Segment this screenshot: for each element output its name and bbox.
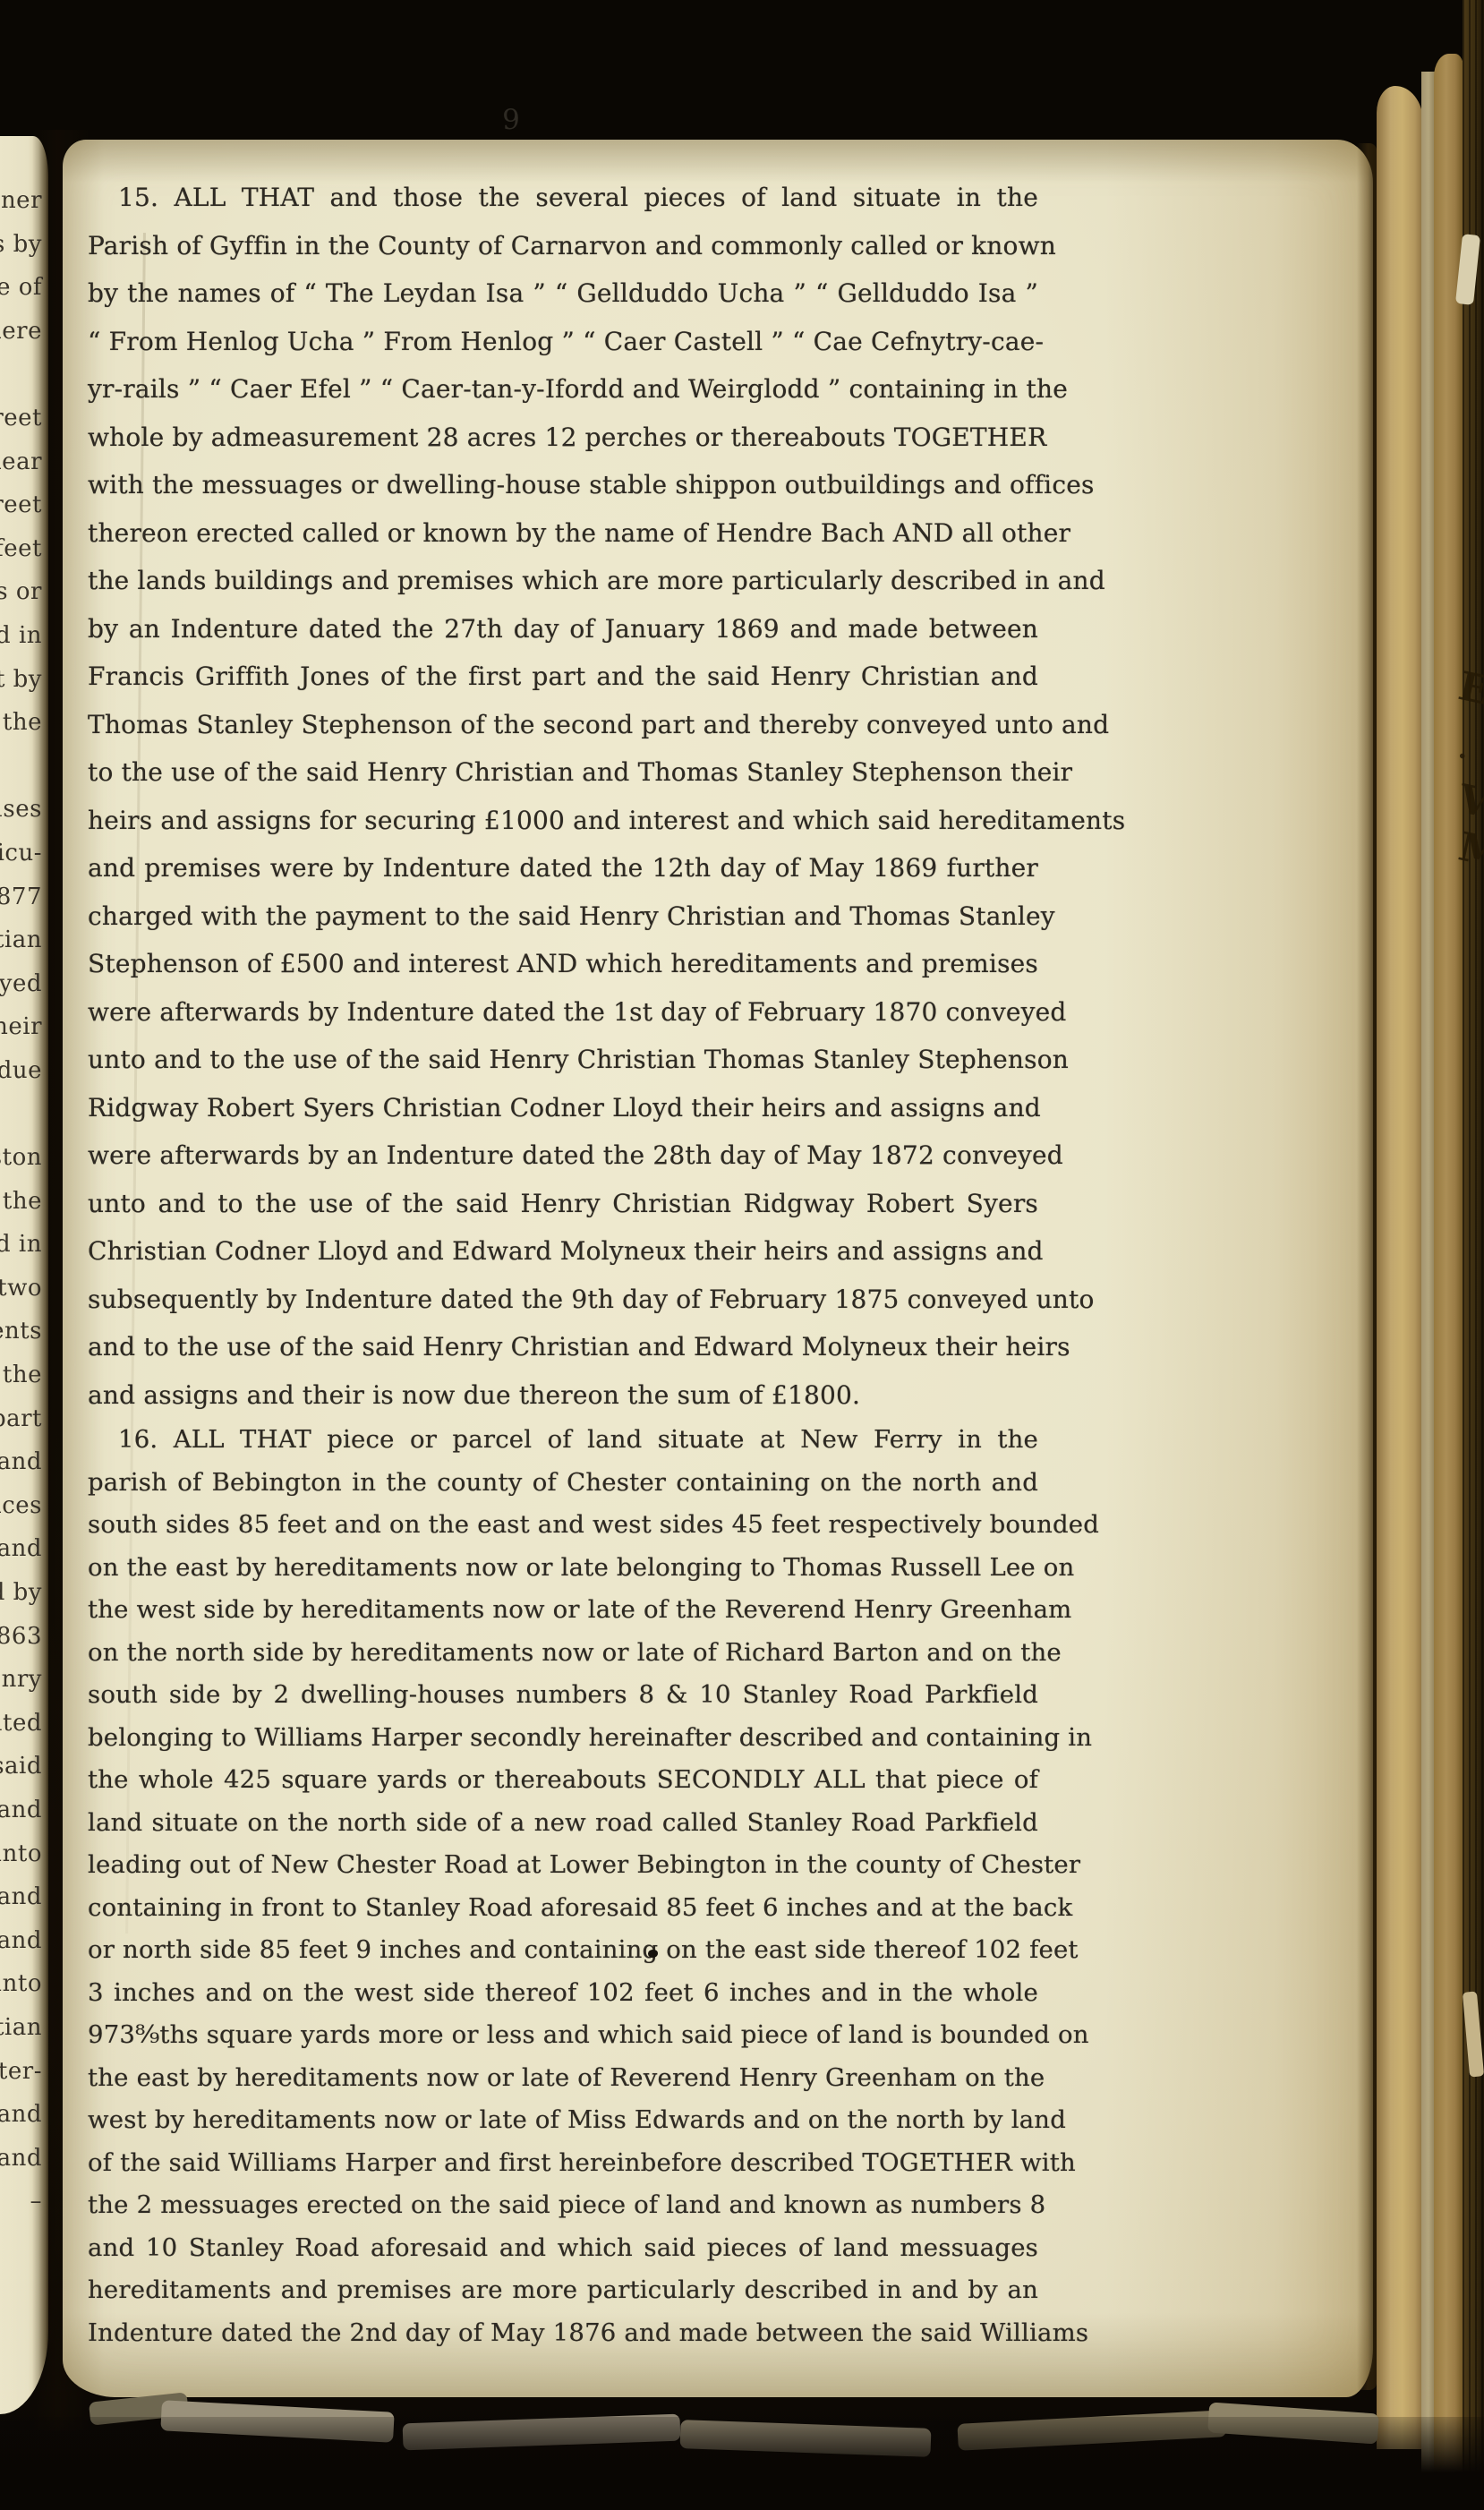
text-line: heirs and assigns for securing £1000 and…: [88, 797, 1038, 845]
text-line: subsequently by Indenture dated the 9th …: [88, 1276, 1038, 1324]
text-line: the west side by hereditaments now or la…: [88, 1589, 1038, 1632]
text-line: west by hereditaments now or late of Mis…: [88, 2099, 1038, 2142]
text-line: Indenture dated the 2nd day of May 1876 …: [88, 2312, 1038, 2355]
text-line: the 2 messuages erected on the said piec…: [88, 2184, 1038, 2227]
text-line: leading out of New Chester Road at Lower…: [88, 1844, 1038, 1887]
text-line: and premises were by Indenture dated the…: [88, 844, 1038, 892]
text-line: were afterwards by an Indenture dated th…: [88, 1131, 1038, 1180]
text-line: on the north side by hereditaments now o…: [88, 1632, 1038, 1675]
text-line: Parish of Gyffin in the County of Carnar…: [88, 222, 1038, 270]
text-line: with the messuages or dwelling-house sta…: [88, 461, 1038, 509]
text-line: Christian Codner Lloyd and Edward Molyne…: [88, 1227, 1038, 1276]
text-line: by the names of “ The Leydan Isa ” “ Gel…: [88, 269, 1038, 318]
text-line: containing in front to Stanley Road afor…: [88, 1887, 1038, 1930]
text-line: the east by hereditaments now or late of…: [88, 2057, 1038, 2100]
deed-text: 15. ALL THAT and those the several piece…: [88, 174, 1038, 2354]
text-line: yr-rails ” “ Caer Efel ” “ Caer-tan-y-If…: [88, 365, 1038, 414]
text-line: parish of Bebington in the county of Che…: [88, 1462, 1038, 1505]
text-line: Thomas Stanley Stephenson of the second …: [88, 701, 1038, 749]
text-line: Stephenson of £500 and interest AND whic…: [88, 940, 1038, 988]
text-line: land situate on the north side of a new …: [88, 1802, 1038, 1845]
text-line: unto and to the use of the said Henry Ch…: [88, 1180, 1038, 1228]
text-line: whole by admeasurement 28 acres 12 perch…: [88, 414, 1038, 462]
page-number: 9: [480, 104, 542, 136]
text-line: 973⁸⁄₉ths square yards more or less and …: [88, 2014, 1038, 2057]
text-line: south sides 85 feet and on the east and …: [88, 1504, 1038, 1547]
scanned-book-photo: { "colors": { "page_paper": "#eae5c9", "…: [0, 0, 1484, 2510]
text-line: belonging to Williams Harper secondly he…: [88, 1717, 1038, 1760]
text-line: or north side 85 feet 9 inches and conta…: [88, 1929, 1038, 1972]
text-line: Francis Griffith Jones of the first part…: [88, 653, 1038, 701]
text-line: and to the use of the said Henry Christi…: [88, 1323, 1038, 1371]
edge-letter: E: [1454, 663, 1484, 714]
text-line: “ From Henlog Ucha ” From Henlog ” “ Cae…: [88, 318, 1038, 366]
text-line: south side by 2 dwelling-houses numbers …: [88, 1674, 1038, 1717]
text-line: 3 inches and on the west side thereof 10…: [88, 1972, 1038, 2015]
fore-edge-dark-band: [1463, 0, 1484, 2510]
text-line: thereon erected called or known by the n…: [88, 509, 1038, 558]
text-line: hereditaments and premises are more part…: [88, 2269, 1038, 2312]
edge-letter: V: [1454, 776, 1484, 827]
edge-stamp-letters: E.VM: [1452, 662, 1484, 895]
edge-letter: .: [1455, 733, 1471, 765]
text-line: charged with the payment to the said Hen…: [88, 892, 1038, 941]
page-crease-right: [1357, 143, 1377, 2390]
text-line: unto and to the use of the said Henry Ch…: [88, 1036, 1038, 1084]
text-line: 15. ALL THAT and those the several piece…: [88, 174, 1038, 222]
text-line: and 10 Stanley Road aforesaid and which …: [88, 2227, 1038, 2270]
text-line: the lands buildings and premises which a…: [88, 557, 1038, 605]
text-line: of the said Williams Harper and first he…: [88, 2142, 1038, 2185]
text-line: and assigns and their is now due thereon…: [88, 1371, 1038, 1420]
text-line: on the east by hereditaments now or late…: [88, 1547, 1038, 1590]
text-line: 16. ALL THAT piece or parcel of land sit…: [88, 1419, 1038, 1462]
text-line: by an Indenture dated the 27th day of Ja…: [88, 605, 1038, 653]
fore-edge-band: [1434, 54, 1464, 2510]
text-line: to the use of the said Henry Christian a…: [88, 748, 1038, 797]
fore-edge-band: [1377, 86, 1423, 2449]
text-line: were afterwards by Indenture dated the 1…: [88, 988, 1038, 1037]
bottom-shadow: [0, 2417, 1484, 2510]
text-line: the whole 425 square yards or thereabout…: [88, 1759, 1038, 1802]
edge-letter: M: [1454, 824, 1484, 877]
text-line: Ridgway Robert Syers Christian Codner Ll…: [88, 1084, 1038, 1132]
